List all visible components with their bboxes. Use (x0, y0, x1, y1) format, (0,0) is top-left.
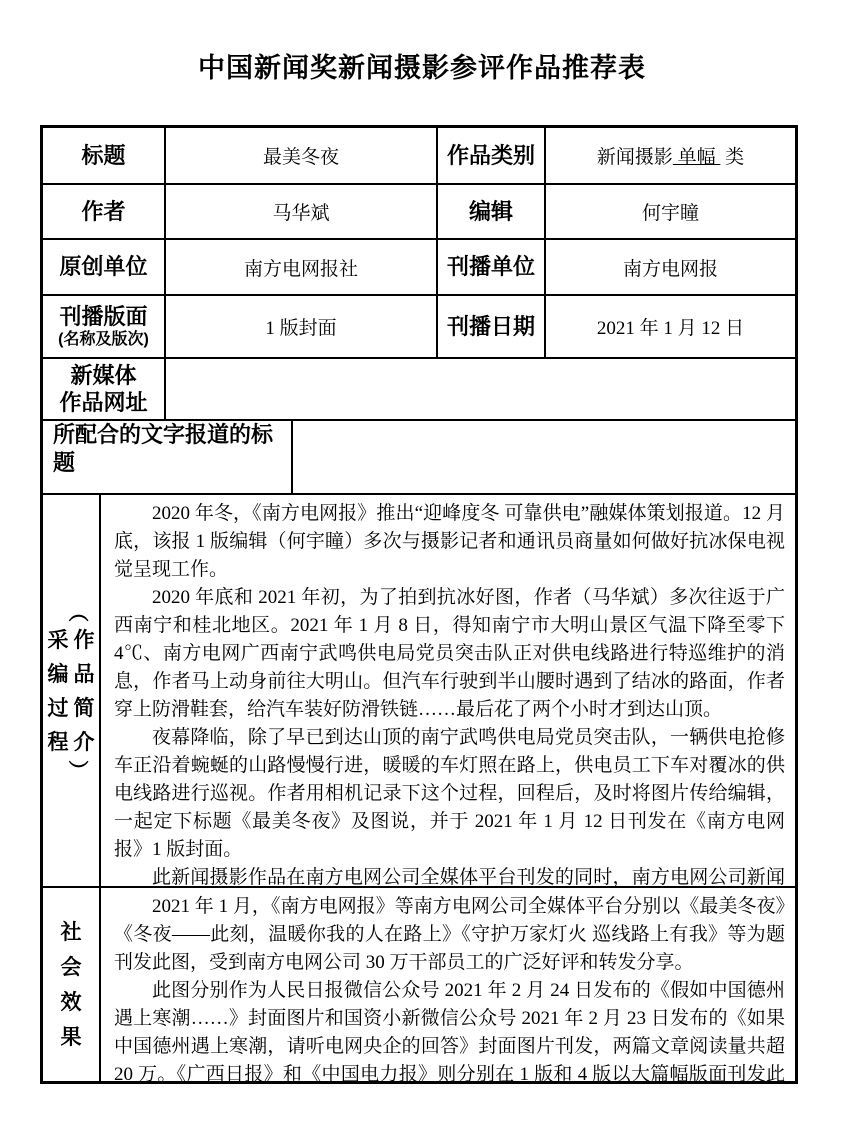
new-media-url-label: 新媒体 作品网址 (43, 359, 166, 419)
category-prefix: 新闻摄影 (597, 142, 673, 169)
document-page: 中国新闻奖新闻摄影参评作品推荐表 标题 最美冬夜 作品类别 新闻摄影 单幅 类 … (0, 0, 844, 1122)
page-title: 中国新闻奖新闻摄影参评作品推荐表 (0, 46, 844, 85)
process-label-row: 采作 (43, 623, 100, 657)
process-section-text: 2020 年冬，《南方电网报》推出“迎峰度冬 可靠供电”融媒体策划报道。12 月… (101, 495, 795, 886)
open-bracket-glyph: （ (66, 602, 88, 622)
publish-unit-label: 刊播单位 (438, 240, 546, 294)
social-label-char: 会 (61, 950, 82, 985)
row-new-media-url: 新媒体 作品网址 (43, 359, 795, 421)
row-layout-date: 刊播版面 (名称及版次) 1 版封面 刊播日期 2021 年 1 月 12 日 (43, 296, 795, 359)
close-bracket-glyph: ） (66, 760, 88, 780)
title-value: 最美冬夜 (166, 128, 438, 183)
original-unit-value: 南方电网报社 (166, 240, 438, 294)
author-label: 作者 (43, 185, 166, 238)
category-underlined: 单幅 (673, 142, 721, 169)
row-units: 原创单位 南方电网报社 刊播单位 南方电网报 (43, 240, 795, 296)
row-social-effect: 社 会 效 果 2021 年 1 月，《南方电网报》等南方电网公司全媒体平台分别… (43, 888, 795, 1081)
title-label: 标题 (43, 128, 166, 183)
category-value: 新闻摄影 单幅 类 (546, 128, 795, 183)
process-paragraph-2: 2020 年底和 2021 年初，为了拍到抗冰好图，作者（马华斌）多次往返于广西… (114, 584, 785, 724)
social-section-text: 2021 年 1 月，《南方电网报》等南方电网公司全媒体平台分别以《最美冬夜》《… (101, 888, 795, 1081)
publish-layout-label-line1: 刊播版面 (59, 303, 147, 331)
publish-layout-label: 刊播版面 (名称及版次) (43, 296, 166, 357)
new-media-url-label-line2: 作品网址 (59, 389, 147, 417)
new-media-url-value (166, 359, 795, 419)
row-title-category: 标题 最美冬夜 作品类别 新闻摄影 单幅 类 (43, 128, 795, 185)
process-section-label: （ 采作 编品 过简 程介 ） (43, 495, 101, 886)
publish-date-value: 2021 年 1 月 12 日 (546, 296, 795, 357)
recommendation-form-table: 标题 最美冬夜 作品类别 新闻摄影 单幅 类 作者 马华斌 编辑 何宇瞳 原创单… (40, 125, 798, 1084)
row-author-editor: 作者 马华斌 编辑 何宇瞳 (43, 185, 795, 240)
social-paragraph-1: 2021 年 1 月，《南方电网报》等南方电网公司全媒体平台分别以《最美冬夜》《… (114, 893, 785, 977)
publish-unit-value: 南方电网报 (546, 240, 795, 294)
social-label-char: 果 (61, 1020, 82, 1055)
original-unit-label: 原创单位 (43, 240, 166, 294)
editor-label: 编辑 (438, 185, 546, 238)
companion-report-label: 所配合的文字报道的标题 (43, 421, 293, 493)
category-suffix: 类 (720, 142, 744, 169)
social-section-label: 社 会 效 果 (43, 888, 101, 1081)
row-process-intro: （ 采作 编品 过简 程介 ） 2020 年冬，《南方电网报》推出“迎峰度冬 可… (43, 495, 795, 888)
process-label-row: 过简 (43, 691, 100, 725)
social-label-char: 社 (61, 915, 82, 950)
publish-layout-label-line2: (名称及版次) (58, 330, 149, 350)
social-paragraph-2: 此图分别作为人民日报微信公众号 2021 年 2 月 24 日发布的《假如中国德… (114, 977, 785, 1081)
editor-value: 何宇瞳 (546, 185, 795, 238)
new-media-url-label-line1: 新媒体 (70, 362, 136, 390)
row-companion-report: 所配合的文字报道的标题 (43, 421, 795, 495)
author-value: 马华斌 (166, 185, 438, 238)
process-label-row: 程介 (43, 725, 100, 759)
social-label-char: 效 (61, 985, 82, 1020)
category-label: 作品类别 (438, 128, 546, 183)
process-paragraph-1: 2020 年冬，《南方电网报》推出“迎峰度冬 可靠供电”融媒体策划报道。12 月… (114, 500, 785, 584)
process-paragraph-4: 此新闻摄影作品在南方电网公司全媒体平台刊发的同时，南方电网公司新闻中心将其推荐到… (114, 864, 785, 886)
process-label-row: 编品 (43, 657, 100, 691)
companion-report-value (293, 421, 795, 493)
publish-date-label: 刊播日期 (438, 296, 546, 357)
process-paragraph-3: 夜幕降临，除了早已到达山顶的南宁武鸣供电局党员突击队，一辆供电抢修车正沿着蜿蜒的… (114, 724, 785, 864)
publish-layout-value: 1 版封面 (166, 296, 438, 357)
